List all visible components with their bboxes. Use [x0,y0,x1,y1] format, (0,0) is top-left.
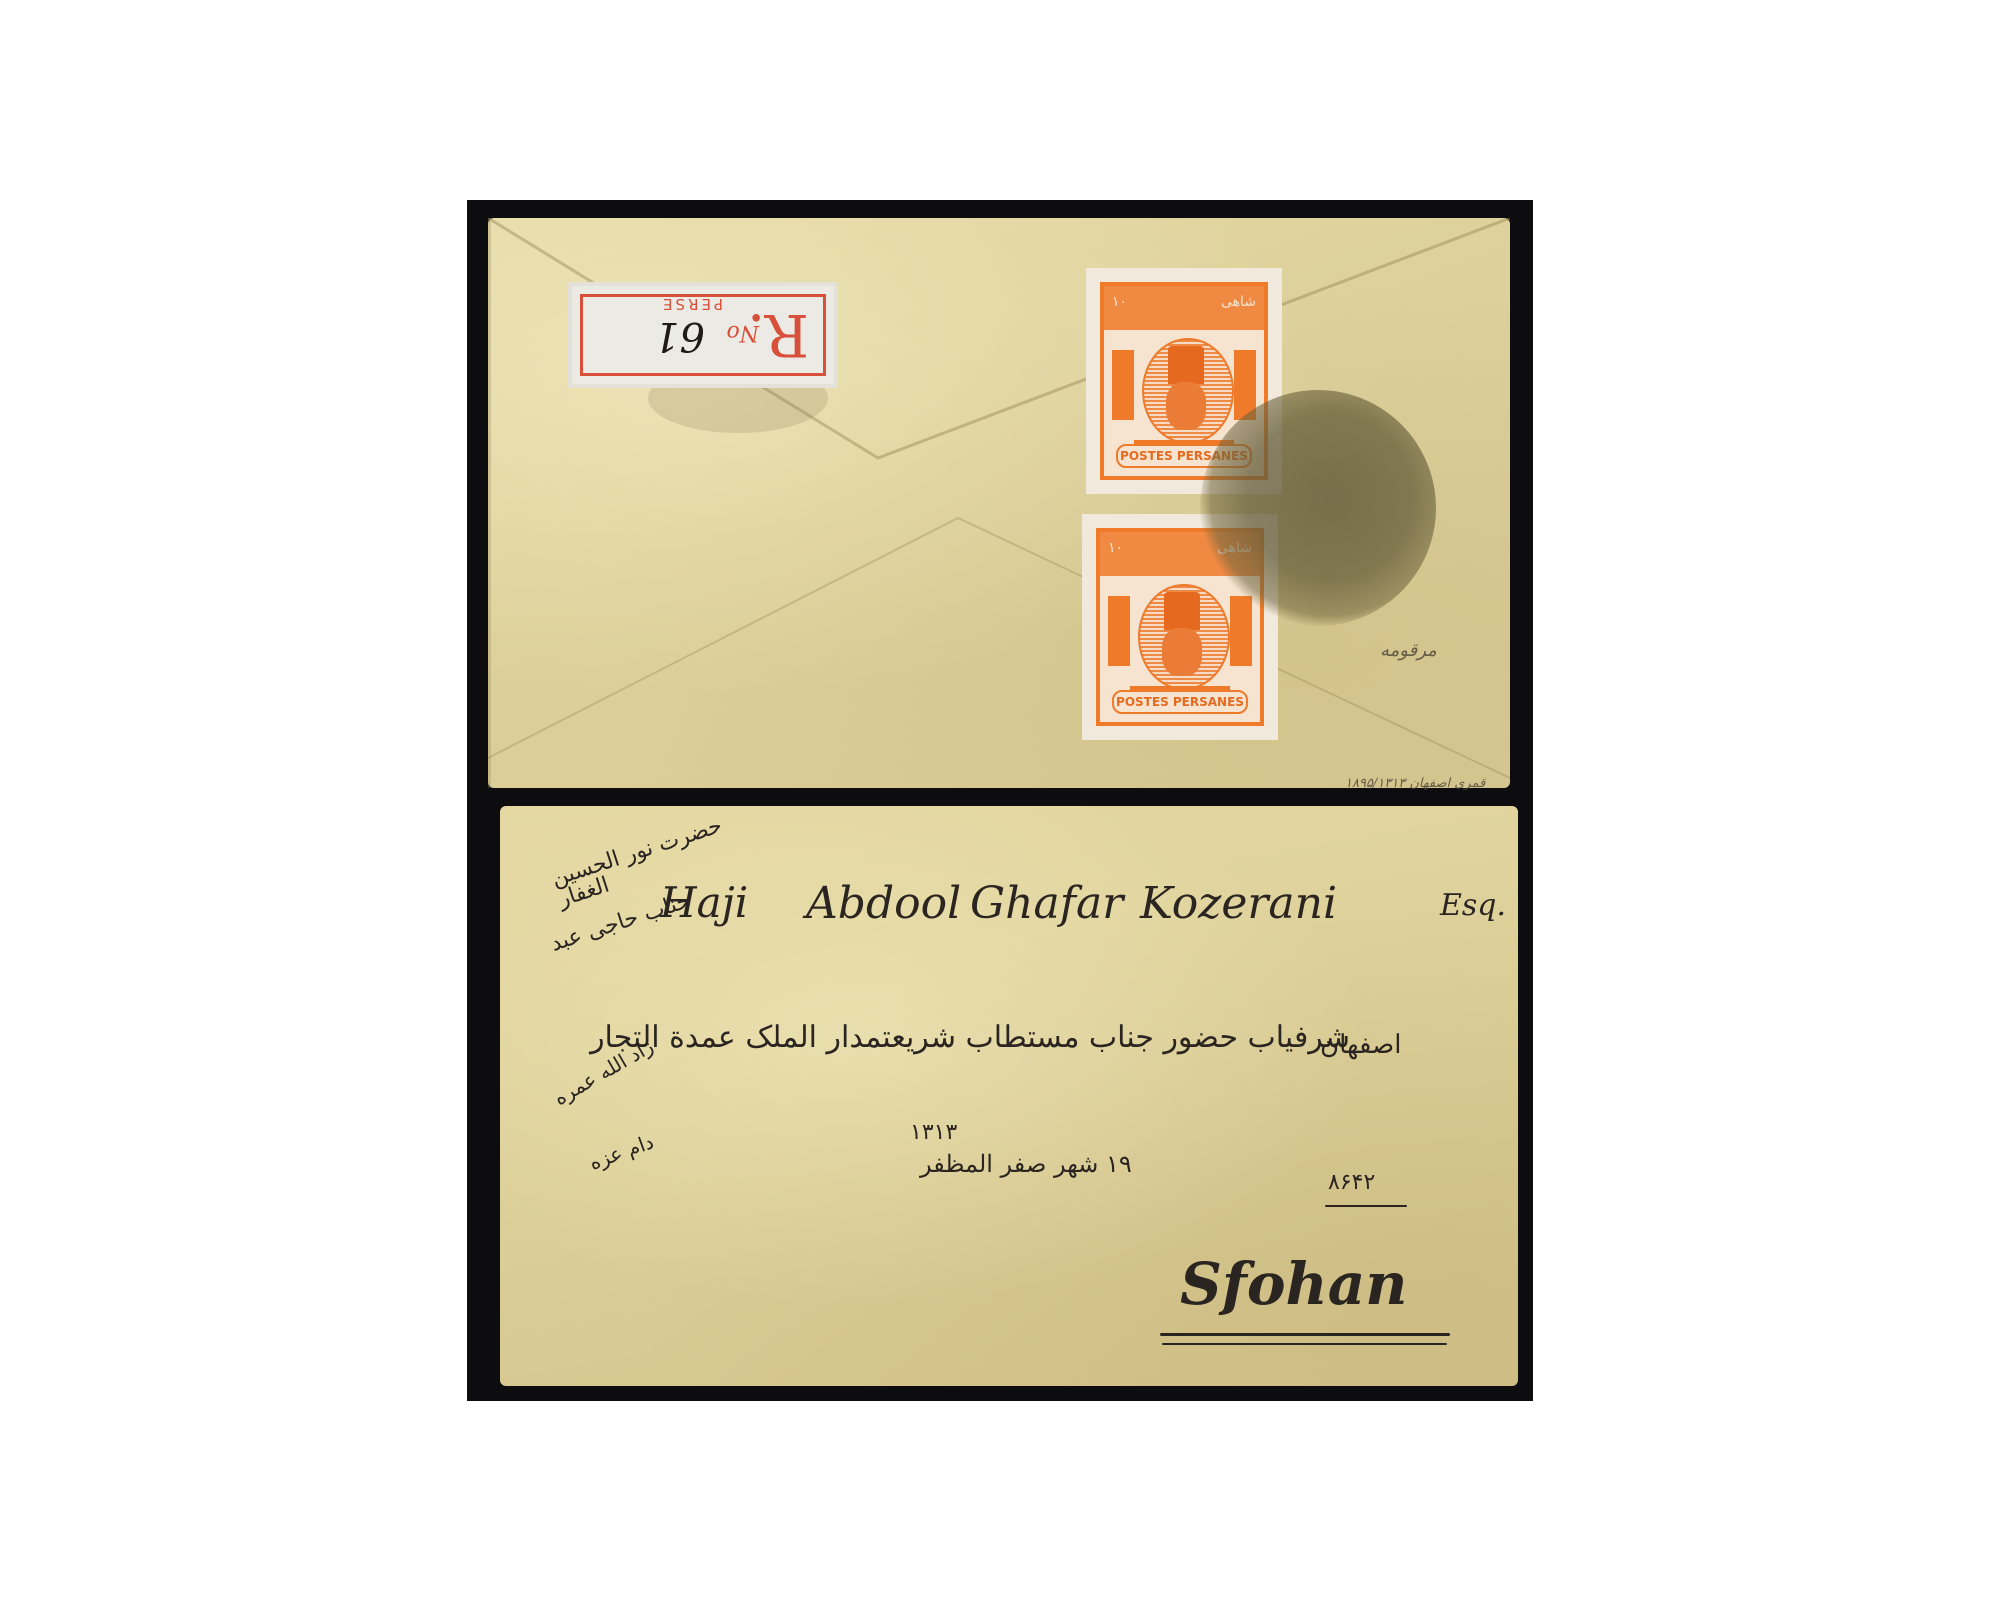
margin-line: زاد الله عمره [549,1034,657,1110]
back-bottom-note: ۱۸۹۵/۱۳۱۳ قمری اصفهان [1345,776,1485,791]
destination-city: Sfohan [1180,1250,1407,1318]
registration-country: PERSE [660,295,723,313]
stamp-legend: POSTES PERSANES [1112,690,1248,714]
address-suffix: Esq. [1440,888,1506,923]
city-underline-1 [1160,1333,1450,1336]
address-first-name: Abdool [806,878,961,929]
stamp-value-left: ۱۰ [1112,294,1127,310]
number-mark: ۸۶۴۲ [1328,1170,1375,1195]
back-side-note: مرقومه [1380,640,1437,661]
date-year: ۱۳۱۳ [910,1120,957,1145]
persian-city-label: اصفهان [1320,1030,1401,1060]
registration-label: R. No 61 PERSE [572,286,834,384]
persian-address-line: شرفیاب حضور جناب مستطاب شریعتمدار الملک … [760,1020,1350,1055]
registration-label-border: R. No 61 PERSE [580,294,826,376]
stamp-portrait-hat [1168,346,1204,384]
registration-number: 61 [654,313,705,359]
stamp-portrait-hat [1164,592,1200,630]
stamp-portrait-face [1162,628,1202,676]
city-underline-2 [1162,1343,1447,1345]
left-margin-inscription: حضرت نور الحسین جناب حاجی عبد الغفار زاد… [548,840,688,1200]
cancellation-seal [1200,390,1436,626]
registration-no-prefix: No [727,320,760,345]
stamp-ornament [1108,596,1130,666]
stamp-value-left: ۱۰ [1108,540,1123,556]
stamp-ornament [1112,350,1134,420]
address-surname: Kozerani [1140,878,1337,929]
stamp-portrait-face [1166,382,1206,430]
stamp-value-right: شاهی [1221,294,1256,310]
address-middle-name: Ghafar [970,878,1123,929]
margin-line: دام عزه [586,1129,657,1174]
number-mark-underline [1325,1205,1407,1207]
date-line: ۱۹ شهر صفر المظفر [920,1150,1132,1178]
stamp-ornament [1230,596,1252,666]
